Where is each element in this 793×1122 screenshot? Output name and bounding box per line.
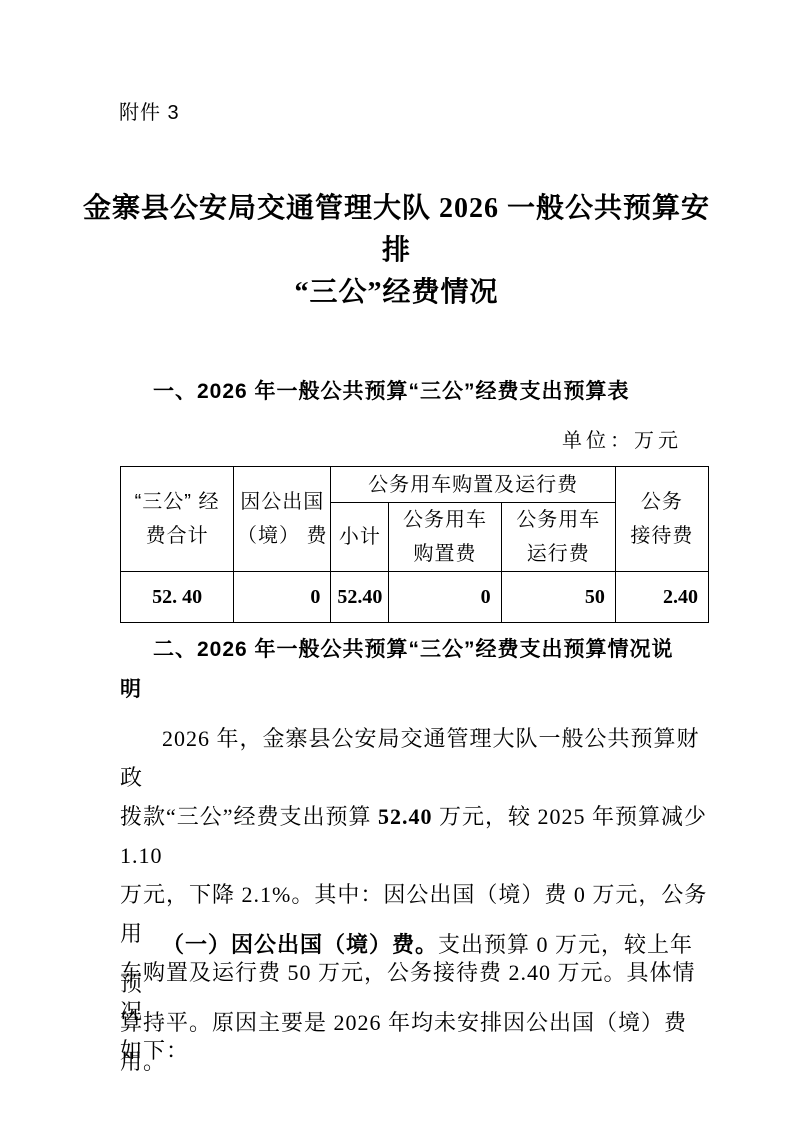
attachment-label: 附件 3	[119, 99, 180, 127]
value-sangong-total: 52. 40	[121, 572, 234, 623]
text-line: （一）因公出国（境）费。支出预算 0 万元，较上年预	[120, 925, 712, 1003]
header-line: 公务用车	[502, 503, 615, 537]
header-line: 费合计	[121, 519, 233, 553]
header-vehicle-group: 公务用车购置及运行费	[331, 467, 615, 503]
value-vehicle-operation: 50	[501, 572, 615, 623]
header-line: 购置费	[389, 537, 500, 571]
budget-table: “三公” 经 费合计 因公出国 （境） 费 公务用车购置及运行费 公务 接待费 …	[120, 466, 709, 623]
text-line: 金寨县公安局交通管理大队 2026 一般公共预算安	[60, 188, 733, 230]
text-line: 二、2026 年一般公共预算“三公”经费支出预算情况说	[120, 630, 720, 670]
header-vehicle-purchase: 公务用车 购置费	[389, 503, 501, 572]
document-page: 附件 3 金寨县公安局交通管理大队 2026 一般公共预算安排“三公”经费情况 …	[0, 0, 793, 1122]
header-vehicle-operation: 公务用车 运行费	[501, 503, 615, 572]
text-line: 排	[60, 230, 733, 272]
text-line: 拨款“三公”经费支出预算 52.40 万元，较 2025 年预算减少 1.10	[120, 797, 712, 875]
value-subtotal: 52.40	[331, 572, 389, 623]
paragraph-abroad-fee-detail: （一）因公出国（境）费。支出预算 0 万元，较上年预算持平。原因主要是 2026…	[120, 925, 712, 1081]
text-line: 算持平。原因主要是 2026 年均未安排因公出国（境）费用。	[120, 1003, 712, 1081]
header-abroad-fee: 因公出国 （境） 费	[234, 467, 331, 572]
section2-heading: 二、2026 年一般公共预算“三公”经费支出预算情况说明	[120, 630, 720, 710]
value-reception-fee: 2.40	[615, 572, 708, 623]
text-line: “三公”经费情况	[60, 272, 733, 314]
header-subtotal: 小计	[331, 503, 389, 572]
header-line: 公务用车	[389, 503, 500, 537]
header-line: “三公” 经	[121, 485, 233, 519]
table-row: 52. 40 0 52.40 0 50 2.40	[121, 572, 709, 623]
text-line: 2026 年，金寨县公安局交通管理大队一般公共预算财政	[120, 719, 712, 797]
header-line: 公务	[616, 485, 708, 519]
header-line: （境） 费	[234, 519, 330, 553]
section1-heading: 一、2026 年一般公共预算“三公”经费支出预算表	[120, 376, 720, 408]
header-line: 接待费	[616, 519, 708, 553]
document-title: 金寨县公安局交通管理大队 2026 一般公共预算安排“三公”经费情况	[60, 188, 733, 314]
header-line: 因公出国	[234, 485, 330, 519]
unit-label: 单位：万元	[120, 426, 707, 456]
text-line: 明	[120, 670, 720, 710]
header-line: 运行费	[502, 537, 615, 571]
value-abroad-fee: 0	[234, 572, 331, 623]
header-reception-fee: 公务 接待费	[615, 467, 708, 572]
header-sangong-total: “三公” 经 费合计	[121, 467, 234, 572]
value-vehicle-purchase: 0	[389, 572, 501, 623]
